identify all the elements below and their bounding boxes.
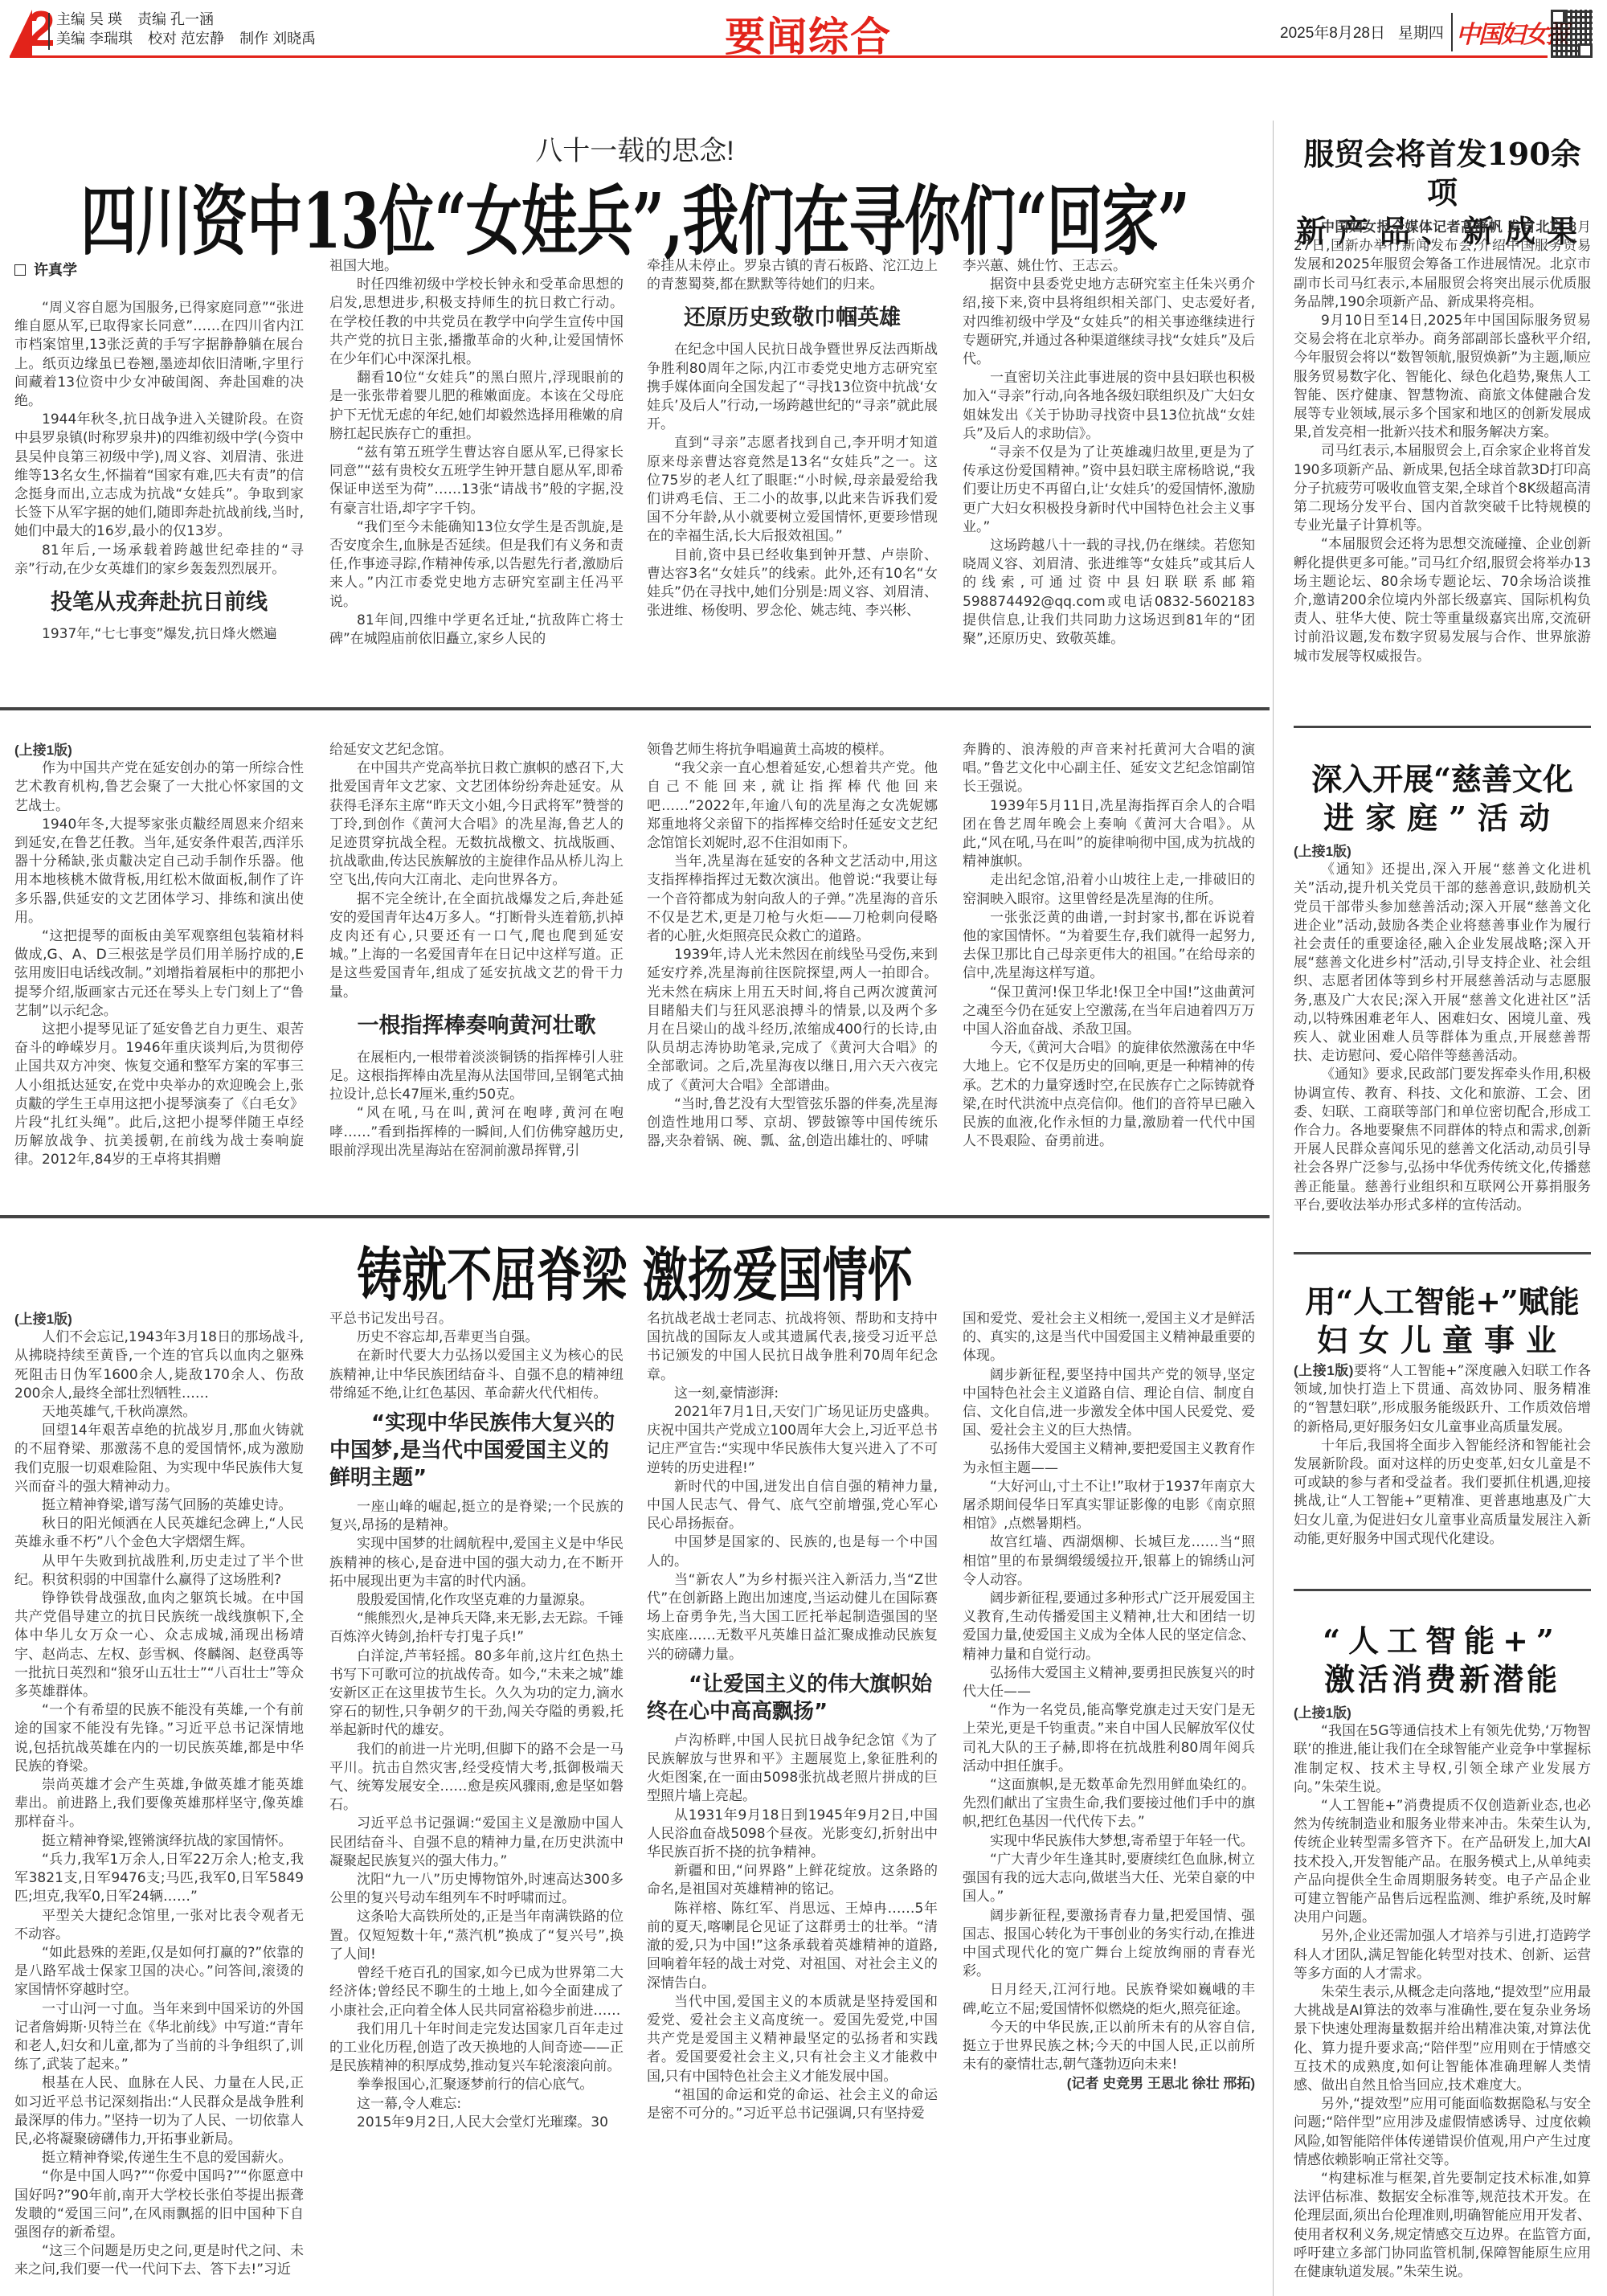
paragraph: 2021年7月1日,天安门广场见证历史盛典。庆祝中国共产党成立100周年大会上,… [647, 1403, 938, 1478]
paragraph: 在新时代要大力弘扬以爱国主义为核心的民族精神,让中华民族团结奋斗、自强不息的精神… [329, 1347, 624, 1403]
paragraph: 新时代的中国,迸发出自信自强的精神力量,中国人民志气、骨气、底气空前增强,党心军… [647, 1478, 938, 1534]
paragraph: “这面旗帜,是无数革命先烈用鲜血染红的。先烈们献出了宝贵生命,我们要接过他们手中… [963, 1776, 1255, 1832]
paragraph: 白洋淀,芦苇轻摇。80多年前,这片红色热土书写下可歌可泣的抗战传奇。如今,“未来… [329, 1647, 624, 1741]
paragraph: “当时,鲁艺没有大型管弦乐器的伴奏,冼星海创造性地用口琴、京胡、锣鼓镲等中国传统… [647, 1095, 938, 1152]
headline-line-1: 服贸会将首发190余项 [1294, 135, 1591, 212]
paragraph: 1944年秋冬,抗日战争进入关键阶段。在资中县罗泉镇(时称罗泉井)的四维初级中学… [14, 411, 304, 541]
ai-women-body: (上接1版)要将“人工智能+”深度融入妇联工作各领域,加快打造上下贯通、高效协同… [1294, 1361, 1591, 1549]
column-divider [1273, 121, 1274, 2296]
paragraph: 一直密切关注此事进展的资中县妇联也积极加入“寻亲”行动,向各地各级妇联组织及广大… [963, 369, 1255, 444]
paragraph: 挺立精神脊梁,传递生生不息的爱国薪火。 [14, 2149, 304, 2167]
masthead: 2 主编 吴 瑛 责编 孔一涵 美编 李瑞琪 校对 范宏静 制作 刘晓禹 要闻综… [0, 0, 1607, 58]
luyi-column-2: 给延安文艺纪念馆。 在中国共产党高举抗日救亡旗帜的感召下,大批爱国青年文艺家、文… [329, 741, 624, 1160]
paragraph: 挺立精神脊梁,铿锵演绎抗战的家国情怀。 [14, 1832, 304, 1851]
headline-line-1: 用“人工智能+”赋能 [1294, 1283, 1591, 1321]
paragraph: 这条哈大高铁所处的,正是当年南满铁路的位置。仅短短数十年,“蒸汽机”换成了“复兴… [329, 1908, 624, 1964]
subheading: 投笔从戎奔赴抗日前线 [14, 587, 304, 619]
date: 2025年8月28日 [1280, 25, 1385, 42]
paragraph: 牵挂从未停止。罗泉古镇的青石板路、沱江边上的青葱蜀葵,都在默默等待她们的归来。 [647, 257, 938, 294]
paragraph: 拳拳报国心,汇聚逐梦前行的信心底气。 [329, 2076, 624, 2094]
ai-consumption-body: (上接1版) “我国在5G等通信技术上有领先优势,‘万物智联’的推进,能让我们在… [1294, 1704, 1591, 2282]
credits-line-1: 主编 吴 瑛 责编 孔一涵 [56, 10, 327, 29]
paragraph: 今天,《黄河大合唱》的旋律依然激荡在中华大地上。它不仅是历史的回响,更是一种精神… [963, 1039, 1255, 1151]
luyi-column-4: 奔腾的、浪涛般的声音来衬托黄河大合唱的演唱。”鲁艺文化中心副主任、延安文艺纪念馆… [963, 741, 1255, 1151]
paragraph: 崇尚英雄才会产生英雄,争做英雄才能英雄辈出。前进路上,我们要像英雄那样坚守,像英… [14, 1776, 304, 1832]
paragraph: 领鲁艺师生将抗争唱遍黄土高坡的模样。 [647, 741, 938, 759]
paragraph: 平型关大捷纪念馆里,一张对比表令观者无不动容。 [14, 1907, 304, 1944]
paragraph: 在中国共产党高举抗日救亡旗帜的感召下,大批爱国青年文艺家、文艺团体纷纷奔赴延安。… [329, 759, 624, 890]
paragraph: 卢沟桥畔,中国人民抗日战争纪念馆《为了民族解放与世界和平》主题展览上,象征胜利的… [647, 1732, 938, 1807]
art-editor: 美编 李瑞琪 [56, 31, 133, 47]
paragraph: 历史不容忘却,吾辈更当自强。 [329, 1328, 624, 1347]
paragraph: 翻看10位“女娃兵”的黑白照片,浮现眼前的是一张张带着婴儿肥的稚嫩面庞。本该在父… [329, 369, 624, 444]
credits-line-2: 美编 李瑞琪 校对 范宏静 制作 刘晓禹 [56, 29, 327, 48]
subheading: “让爱国主义的伟大旗帜始终在心中高高飘扬” [647, 1671, 938, 1725]
paragraph: “一个有希望的民族不能没有英雄,一个有前途的国家不能没有先锋。”习近平总书记深情… [14, 1701, 304, 1776]
paragraph: 回望14年艰苦卓绝的抗战岁月,那血火铸就的不屈脊梁、那激荡不息的爱国情怀,成为激… [14, 1422, 304, 1496]
lead-column-4: 李兴蕙、姚仕竹、王志云。 据资中县委党史地方志研究室主任朱兴勇介绍,接下来,资中… [963, 257, 1255, 649]
patriotism-column-1: (上接1版) 人们不会忘记,1943年3月18日的那场战斗,从拂晓持续至黄昏,一… [14, 1310, 304, 2280]
paragraph: 在展柜内,一根带着淡淡铜锈的指挥棒引人驻足。这根指挥棒由冼星海从法国带回,呈钢笔… [329, 1049, 624, 1105]
paragraph: 阔步新征程,要通过多种形式广泛开展爱国主义教育,生动传播爱国主义精神,壮大和团结… [963, 1590, 1255, 1664]
patriotism-headline: 铸就不屈脊梁 激扬爱国情怀 [305, 1230, 964, 1313]
paragraph: “兵力,我军1万余人,日军22万余人;枪支,我军3821支,日军9476支;马匹… [14, 1851, 304, 1907]
paragraph: “构建标准与框架,首先要制定技术标准,如算法评估标准、数据安全标准等,规范技术开… [1294, 2170, 1591, 2282]
paragraph: “周义容自愿为国服务,已得家庭同意”“张进维自愿从军,已取得家长同意”……在四川… [14, 299, 304, 411]
paragraph: 我们的前进一片光明,但脚下的路不会是一马平川。抗击自然灾害,经受疫情大考,抵御极… [329, 1741, 624, 1815]
patriotism-column-2: 平总书记发出号召。 历史不容忘却,吾辈更当自强。 在新时代要大力弘扬以爱国主义为… [329, 1310, 624, 2132]
paragraph: 在纪念中国人民抗日战争暨世界反法西斯战争胜利80周年之际,内江市委党史地方志研究… [647, 341, 938, 434]
paragraph: 阔步新征程,要激扬青春力量,把爱国情、强国志、报国心转化为干事创业的务实行动,在… [963, 1907, 1255, 1982]
paragraph: 沈阳“九一八”历史博物馆外,时速高达300多公里的复兴号动车组列车不时呼啸而过。 [329, 1871, 624, 1908]
paragraph: 新疆和田,“问界路”上鲜花绽放。这条路的命名,是祖国对英雄精神的铭记。 [647, 1862, 938, 1899]
paragraph: “你是中国人吗?”“你爱中国吗?”“你愿意中国好吗?”90年前,南开大学校长张伯… [14, 2167, 304, 2242]
headline-line-2: 妇女儿童事业 [1294, 1321, 1591, 1360]
lead-headline: 四川资中13位“女娃兵”,我们在寻你们“回家” [0, 161, 1270, 270]
section-divider [0, 707, 1270, 710]
paragraph: 《通知》要求,民政部门要发挥牵头作用,积极协调宣传、教育、科技、文化和旅游、工会… [1294, 1066, 1591, 1215]
paragraph: 另外,“提效型”应用可能面临数据隐私与安全问题;“陪伴型”应用涉及虚假情感诱导、… [1294, 2095, 1591, 2170]
lead-column-3: 牵挂从未停止。罗泉古镇的青石板路、沱江边上的青葱蜀葵,都在默默等待她们的归来。 … [647, 257, 938, 620]
weekday: 星期四 [1398, 25, 1444, 42]
paragraph: 十年后,我国将全面步入智能经济和智能社会发展新阶段。面对这样的历史变革,妇女儿童… [1294, 1437, 1591, 1549]
paragraph: 一寸山河一寸血。当年来到中国采访的外国记者詹姆斯·贝特兰在《华北前线》中写道:“… [14, 2000, 304, 2075]
subheading: 一根指挥棒奏响黄河壮歌 [329, 1010, 624, 1042]
paragraph: “祖国的命运和党的命运、社会主义的命运是密不可分的。”习近平总书记强调,只有坚持… [647, 2086, 938, 2123]
paragraph: 人们不会忘记,1943年3月18日的那场战斗,从拂晓持续至黄昏,一个连的官兵以血… [14, 1328, 304, 1403]
issue-date: 2025年8月28日 星期四 [1280, 21, 1444, 43]
section-divider [1294, 726, 1591, 728]
lead-column-2: 祖国大地。 时任四维初级中学校长钟永和受革命思想的启发,思想进步,积极支持师生的… [329, 257, 624, 649]
paragraph: “这把提琴的面板由美军观察组包装箱材料做成,G、A、D三根弦是学员们用羊肠拧成的… [14, 927, 304, 1021]
paragraph: 天地英雄气,千秋尚凛然。 [14, 1403, 304, 1422]
paragraph: 习近平总书记强调:“爱国主义是激励中国人民团结奋斗、自强不息的精神力量,在历史洪… [329, 1815, 624, 1871]
paragraph: 根基在人民、血脉在人民、力量在人民,正如习近平总书记深刻指出:“人民群众是战争胜… [14, 2074, 304, 2149]
lead-byline: 许真学 [14, 259, 77, 280]
paragraph: “熊熊烈火,是神兵天降,来无影,去无踪。千锤百炼淬火铸剑,抬杆专打鬼子兵!” [329, 1610, 624, 1647]
paragraph: 朱荣生表示,从概念走向落地,“提效型”应用最大挑战是AI算法的效率与准确性,要在… [1294, 1983, 1591, 2095]
charity-body: (上接1版) 《通知》还提出,深入开展“慈善文化进机关”活动,提升机关党员干部的… [1294, 842, 1591, 1215]
luyi-column-3: 领鲁艺师生将抗争唱遍黄土高坡的模样。 “我父亲一直心想着延安,心想着共产党。他自… [647, 741, 938, 1151]
paragraph: 故宫红墙、西湖烟柳、长城巨龙……当“照相馆”里的布景绸缎缓缓拉开,银幕上的锦绣山… [963, 1533, 1255, 1590]
masthead-red-rule [10, 55, 1548, 58]
paragraph: 当年,冼星海在延安的各种文艺活动中,用这支指挥棒指挥过无数次演出。他曾说:“我要… [647, 853, 938, 946]
paragraph: 当代中国,爱国主义的本质就是坚持爱国和爱党、爱社会主义高度统一。爱国先爱党,中国… [647, 1993, 938, 2086]
section-divider [0, 1215, 1270, 1218]
paragraph: 祖国大地。 [329, 257, 624, 276]
paragraph: 2015年9月2日,人民大会堂灯光璀璨。30 [329, 2114, 624, 2132]
section-divider [1294, 1589, 1591, 1591]
headline-line-1: 深入开展“慈善文化 [1294, 760, 1591, 799]
masthead-divider-right [1451, 13, 1453, 51]
byline-box-icon [14, 264, 26, 276]
reporter-signoff: (记者 史竞男 王思北 徐壮 邢拓) [963, 2074, 1255, 2093]
paragraph: 给延安文艺纪念馆。 [329, 741, 624, 759]
paragraph: 秋日的阳光倾洒在人民英雄纪念碑上,“人民英雄永垂不朽”八个金色大字熠熠生辉。 [14, 1515, 304, 1552]
paragraph: 实现中国梦的壮阔航程中,爱国主义是中华民族精神的核心,是奋进中国的强大动力,在不… [329, 1535, 624, 1591]
paragraph: 奔腾的、浪涛般的声音来衬托黄河大合唱的演唱。”鲁艺文化中心副主任、延安文艺纪念馆… [963, 741, 1255, 797]
paragraph: 平总书记发出号召。 [329, 1310, 624, 1328]
paragraph: 据资中县委党史地方志研究室主任朱兴勇介绍,接下来,资中县将组织相关部门、史志爱好… [963, 276, 1255, 369]
headline-line-2: 进家庭”活动 [1294, 799, 1591, 837]
continued-marker: (上接1版) [1294, 842, 1591, 861]
subheading: 还原历史致敬巾帼英雄 [647, 302, 938, 334]
paragraph: 当“新农人”为乡村振兴注入新活力,当“Z世代”在创新路上跑出加速度,当运动健儿在… [647, 1571, 938, 1664]
page-number: 2 [27, 5, 55, 55]
paragraph: “本届服贸会还将为思想交流碰撞、企业创新孵化提供更多可能。”司马红介绍,服贸会将… [1294, 535, 1591, 665]
paragraph: 弘扬伟大爱国主义精神,要勇担民族复兴的时代大任—— [963, 1664, 1255, 1701]
paragraph: “兹有第五班学生曹达容自愿从军,已得家长同意”“兹有贵校女五班学生钟开慧自愿从军… [329, 444, 624, 518]
paragraph: “保卫黄河!保卫华北!保卫全中国!”这曲黄河之魂至今仍在延安上空激荡,在当年启迪… [963, 984, 1255, 1040]
paragraph: “大好河山,寸土不让!”取材于1937年南京大屠杀期间侵华日军真实罪证影像的电影… [963, 1478, 1255, 1534]
paragraph: “我父亲一直心想着延安,心想着共产党。他自己不能回来,就让指挥棒代他回来吧……”… [647, 759, 938, 853]
byline-author: 许真学 [34, 262, 77, 278]
paragraph: 一张张泛黄的曲谱,一封封家书,都在诉说着他的家国情怀。“为着要生存,我们就得一起… [963, 909, 1255, 984]
paragraph: 从甲午失败到抗战胜利,历史走过了半个世纪。积贫积弱的中国靠什么赢得了这场胜利? [14, 1553, 304, 1590]
paragraph: 中国梦是国家的、民族的,也是每一个中国人的。 [647, 1533, 938, 1570]
subheading: “实现中华民族伟大复兴的中国梦,是当代中国爱国主义的鲜明主题” [329, 1410, 624, 1492]
ai-consumption-headline: “人工智能+” 激活消费新潜能 [1294, 1622, 1591, 1699]
section-divider [1294, 1252, 1591, 1254]
paragraph: 时任四维初级中学校长钟永和受革命思想的启发,思想进步,积极支持师生的抗日救亡行动… [329, 276, 624, 369]
paragraph: 直到“寻亲”志愿者找到自己,李开明才知道原来母亲曹达容竟然是13名“女娃兵”之一… [647, 434, 938, 546]
masthead-divider [48, 13, 50, 50]
paragraph: 殷殷爱国情,化作攻坚克难的力量源泉。 [329, 1591, 624, 1610]
paragraph: “如此悬殊的差距,仅是如何打赢的?”依靠的是八路军战士保家卫国的决心。”问答间,… [14, 1944, 304, 2000]
paragraph: “我们至今未能确知13位女学生是否凯旋,是否安度余生,血脉是否延续。但是我们有义… [329, 518, 624, 612]
paragraph: 《通知》还提出,深入开展“慈善文化进机关”活动,提升机关党员干部的慈善意识,鼓励… [1294, 861, 1591, 1066]
paragraph: 陈祥榕、陈红军、肖思远、王焯冉……5年前的夏天,喀喇昆仑见证了这群勇士的壮举。“… [647, 1900, 938, 1993]
paragraph: 1937年,“七七事变”爆发,抗日烽火燃遍 [14, 625, 304, 644]
paragraph: 走出纪念馆,沿着小山坡往上走,一排破旧的窑洞映入眼帘。这里曾经是冼星海的住所。 [963, 871, 1255, 908]
continued-marker: (上接1版) [1294, 1363, 1353, 1378]
paragraph: 9月10日至14日,2025年中国国际服务贸易交易会将在北京举办。商务部副部长盛… [1294, 312, 1591, 442]
paragraph: 据不完全统计,在全面抗战爆发之后,奔赴延安的爱国青年达4万多人。“打断骨头连着筋… [329, 890, 624, 1002]
paragraph: 日月经天,江河行地。民族脊梁如巍峨的丰碑,屹立不屈;爱国情怀似燃烧的炬火,照亮征… [963, 1981, 1255, 2018]
paragraph: 从1931年9月18日到1945年9月2日,中国人民浴血奋战5098个昼夜。光影… [647, 1807, 938, 1863]
paragraph: 李兴蕙、姚仕竹、王志云。 [963, 257, 1255, 276]
paragraph: 目前,资中县已经收集到钟开慧、卢崇阶、曹达容3名“女娃兵”的线索。此外,还有10… [647, 546, 938, 621]
paragraph: 另外,企业还需加强人才培养与引进,打造跨学科人才团队,满足智能化转型对技术、创新… [1294, 1927, 1591, 1983]
lead-column-1: “周义容自愿为国服务,已得家庭同意”“张进维自愿从军,已取得家长同意”……在四川… [14, 299, 304, 644]
paragraph: “人工智能+”消费提质不仅创造新业态,也必然为传统制造业和服务业带来冲击。朱荣生… [1294, 1797, 1591, 1927]
page-number-badge: 2 [10, 10, 47, 56]
duty-editor: 责编 孔一涵 [137, 11, 214, 27]
paragraph: 1939年5月11日,冼星海指挥百余人的合唱团在鲁艺周年晚会上奏响《黄河大合唱》… [963, 797, 1255, 872]
paragraph: “作为一名党员,能高擎党旗走过天安门是无上荣光,更是千钧重责。”来自中国人民解放… [963, 1701, 1255, 1776]
trade-fair-body: 中国妇女报全媒体记者高舒帆 发自北京 8月27日,国新办举行新闻发布会,介绍中国… [1294, 219, 1591, 666]
headline-line-1: “人工智能+” [1294, 1622, 1591, 1660]
paragraph: 国和爱党、爱社会主义相统一,爱国主义才是鲜活的、真实的,这是当代中国爱国主义精神… [963, 1310, 1255, 1366]
paragraph: 弘扬伟大爱国主义精神,要把爱国主义教育作为永恒主题—— [963, 1440, 1255, 1477]
paragraph: 名抗战老战士老同志、抗战将领、帮助和支持中国抗战的国际友人或其遗属代表,接受习近… [647, 1310, 938, 1385]
paragraph: 这一幕,令人难忘: [329, 2095, 624, 2114]
paragraph: 一座山峰的崛起,挺立的是脊梁;一个民族的复兴,昂扬的是精神。 [329, 1498, 624, 1535]
section-title: 要闻综合 [725, 5, 892, 63]
paragraph: 挺立精神脊梁,谱写荡气回肠的英雄史诗。 [14, 1496, 304, 1515]
proofreader: 校对 范宏静 [148, 31, 224, 47]
paragraph: “风在吼,马在叫,黄河在咆哮,黄河在咆哮……”看到指挥棒的一瞬间,人们仿佛穿越历… [329, 1104, 624, 1160]
paragraph: “寻亲不仅是为了让英雄魂归故里,更是为了传承这份爱国精神。”资中县妇联主席杨晗说… [963, 444, 1255, 537]
paragraph: 曾经千疮百孔的国家,如今已成为世界第二大经济体;曾经民不聊生的土地上,如今全面建… [329, 1964, 624, 2020]
paragraph: “这三个问题是历史之问,更是时代之问、未来之问,我们要一代一代问下去、答下去!”… [14, 2242, 304, 2279]
dateline: 中国妇女报全媒体记者高舒帆 发自北京 [1321, 219, 1564, 235]
paragraph: 铮铮铁骨战强敌,血肉之躯筑长城。在中国共产党倡导建立的抗日民族统一战线旗帜下,全… [14, 1590, 304, 1701]
editor-credits: 主编 吴 瑛 责编 孔一涵 美编 李瑞琪 校对 范宏静 制作 刘晓禹 [56, 10, 327, 48]
continued-marker: (上接1版) [14, 741, 304, 759]
luyi-column-1: (上接1版) 作为中国共产党在延安创办的第一所综合性艺术教育机构,鲁艺会聚了一大… [14, 741, 304, 1170]
paragraph: 司马红表示,本届服贸会上,百余家企业将首发190多项新产品、新成果,包括全球首款… [1294, 442, 1591, 535]
chief-editor: 主编 吴 瑛 [56, 11, 122, 27]
qr-code-icon[interactable] [1551, 10, 1593, 58]
paragraph: 这场跨越八十一载的寻找,仍在继续。若您知晓周义容、刘眉清、张进维等“女娃兵”或其… [963, 537, 1255, 649]
paragraph: 我们用几十年时间走完发达国家几百年走过的工业化历程,创造了改天换地的人间奇迹——… [329, 2020, 624, 2077]
paragraph: 今天的中华民族,正以前所未有的从容自信,挺立于世界民族之林;今天的中国人民,正以… [963, 2019, 1255, 2075]
paragraph: 81年间,四维中学更名迁址,“抗敌阵亡将士碑”在城隍庙前依旧矗立,家乡人民的 [329, 612, 624, 649]
patriotism-column-4: 国和爱党、爱社会主义相统一,爱国主义才是鲜活的、真实的,这是当代中国爱国主义精神… [963, 1310, 1255, 2093]
paragraph: 作为中国共产党在延安创办的第一所综合性艺术教育机构,鲁艺会聚了一大批心怀家国的文… [14, 759, 304, 816]
paragraph: 81年后,一场承载着跨越世纪牵挂的“寻亲”行动,在少女英雄们的家乡轰轰烈烈展开。 [14, 542, 304, 579]
paragraph: 这一刻,豪情澎湃: [647, 1385, 938, 1403]
headline-line-2: 激活消费新潜能 [1294, 1660, 1591, 1699]
paragraph: “我国在5G等通信技术上有领先优势,‘万物智联’的推进,能让我们在全球智能产业竞… [1294, 1722, 1591, 1797]
paragraph: 1939年,诗人光未然因在前线坠马受伤,来到延安疗养,冼星海前往医院探望,两人一… [647, 946, 938, 1095]
paragraph: 阔步新征程,要坚持中国共产党的领导,坚定中国特色社会主义道路自信、理论自信、制度… [963, 1366, 1255, 1441]
continued-marker: (上接1版) [1294, 1704, 1591, 1722]
paragraph: 实现中华民族伟大梦想,寄希望于年轻一代。 [963, 1832, 1255, 1851]
paragraph: 1940年冬,大提琴家张贞黻经周恩来介绍来到延安,在鲁艺任教。当年,延安条件艰苦… [14, 816, 304, 927]
patriotism-column-3: 名抗战老战士老同志、抗战将领、帮助和支持中国抗战的国际友人或其遗属代表,接受习近… [647, 1310, 938, 2123]
charity-headline: 深入开展“慈善文化 进家庭”活动 [1294, 760, 1591, 837]
paragraph: 这把小提琴见证了延安鲁艺自力更生、艰苦奋斗的峥嵘岁月。1946年重庆谈判后,为贯… [14, 1021, 304, 1170]
paragraph: “广大青少年生逢其时,要赓续红色血脉,树立强国有我的远大志向,做堪当大任、光荣自… [963, 1851, 1255, 1907]
continued-marker: (上接1版) [14, 1310, 304, 1328]
producer: 制作 刘晓禹 [239, 31, 316, 47]
ai-women-headline: 用“人工智能+”赋能 妇女儿童事业 [1294, 1283, 1591, 1360]
